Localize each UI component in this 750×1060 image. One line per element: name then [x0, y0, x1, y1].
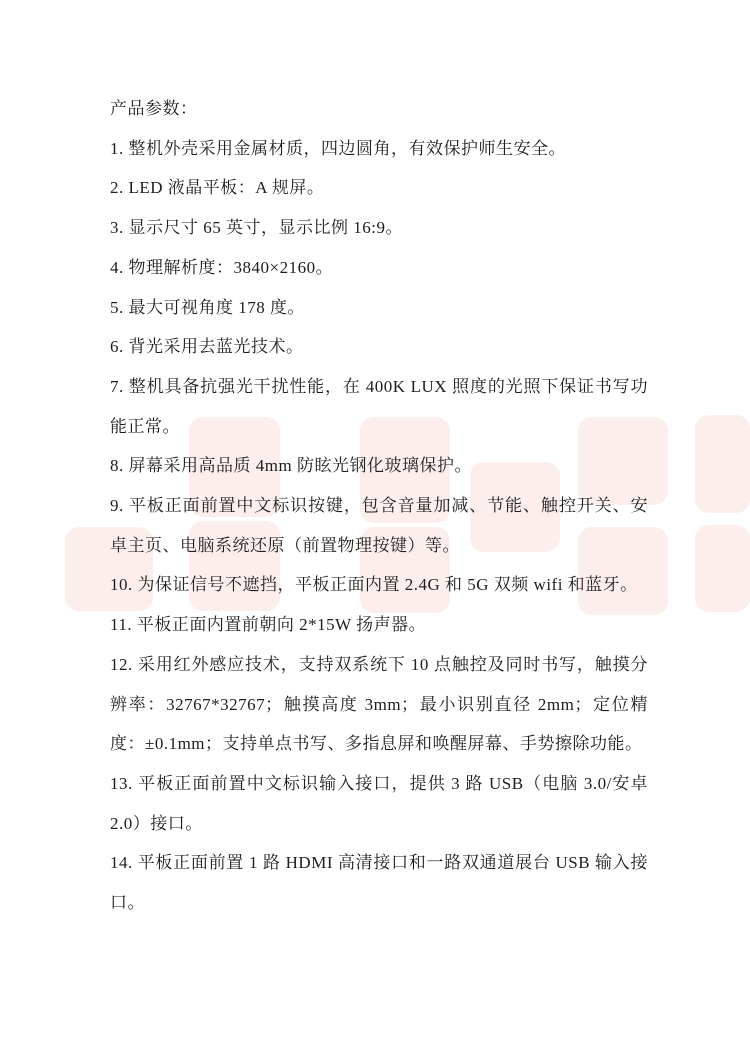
parameter-list: 1. 整机外壳采用金属材质，四边圆角，有效保护师生安全。2. LED 液晶平板：…	[110, 129, 648, 923]
watermark-tile	[695, 525, 750, 612]
parameter-item: 4. 物理解析度：3840×2160。	[110, 248, 648, 288]
parameter-item: 12. 采用红外感应技术，支持双系统下 10 点触控及同时书写，触摸分辨率：32…	[110, 645, 648, 764]
parameter-item: 10. 为保证信号不遮挡，平板正面内置 2.4G 和 5G 双频 wifi 和蓝…	[110, 565, 648, 605]
parameter-item: 14. 平板正面前置 1 路 HDMI 高清接口和一路双通道展台 USB 输入接…	[110, 843, 648, 922]
parameter-item: 13. 平板正面前置中文标识输入接口，提供 3 路 USB（电脑 3.0/安卓 …	[110, 764, 648, 843]
document-content: 产品参数： 1. 整机外壳采用金属材质，四边圆角，有效保护师生安全。2. LED…	[110, 89, 648, 923]
parameter-item: 2. LED 液晶平板：A 规屏。	[110, 168, 648, 208]
parameter-item: 6. 背光采用去蓝光技术。	[110, 327, 648, 367]
parameter-item: 11. 平板正面内置前朝向 2*15W 扬声器。	[110, 605, 648, 645]
watermark-tile	[695, 415, 750, 513]
parameter-item: 1. 整机外壳采用金属材质，四边圆角，有效保护师生安全。	[110, 129, 648, 169]
parameter-item: 7. 整机具备抗强光干扰性能，在 400K LUX 照度的光照下保证书写功能正常…	[110, 367, 648, 446]
parameter-item: 5. 最大可视角度 178 度。	[110, 288, 648, 328]
document-page: 产品参数： 1. 整机外壳采用金属材质，四边圆角，有效保护师生安全。2. LED…	[0, 0, 750, 1060]
document-title: 产品参数：	[110, 89, 648, 129]
parameter-item: 3. 显示尺寸 65 英寸，显示比例 16:9。	[110, 208, 648, 248]
parameter-item: 9. 平板正面前置中文标识按键，包含音量加减、节能、触控开关、安卓主页、电脑系统…	[110, 486, 648, 565]
parameter-item: 8. 屏幕采用高品质 4mm 防眩光钢化玻璃保护。	[110, 446, 648, 486]
